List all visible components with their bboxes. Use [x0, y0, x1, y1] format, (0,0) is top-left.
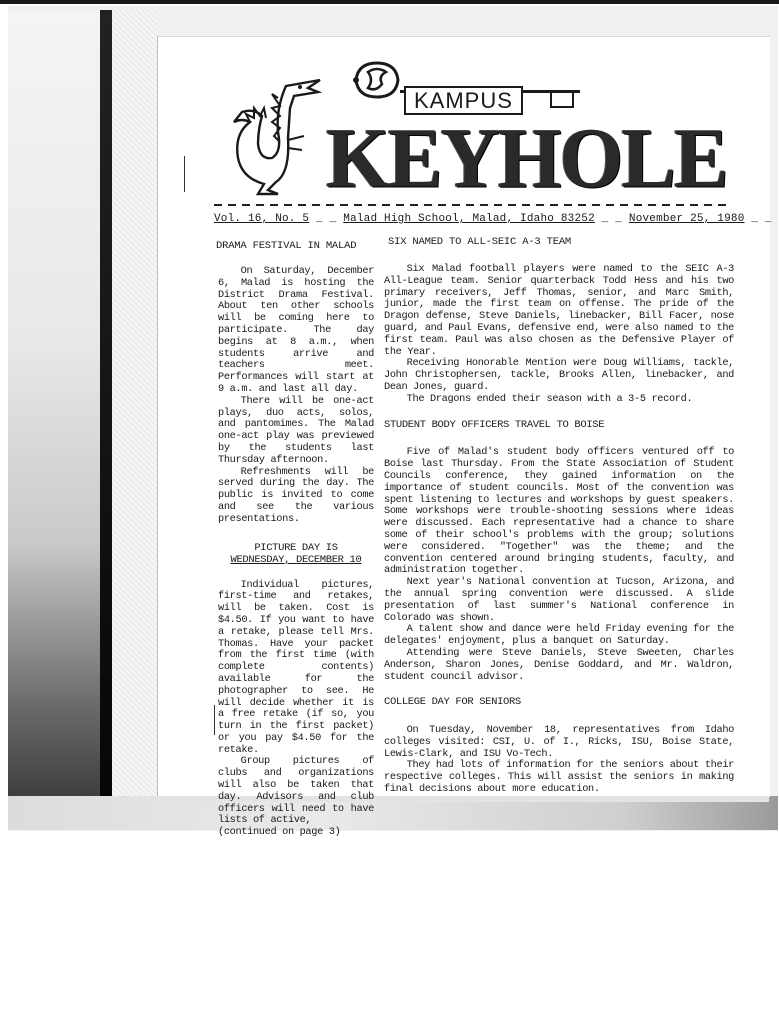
- margin-mark: [214, 705, 215, 735]
- article-paragraph: They had lots of information for the sen…: [384, 760, 734, 795]
- key-teeth: [550, 92, 574, 108]
- article-paragraph: On Tuesday, November 18, representatives…: [384, 725, 734, 760]
- article-paragraph: Six Malad football players were named to…: [384, 264, 734, 358]
- continued-note: (continued on page 3): [218, 827, 374, 839]
- column-right: Six Malad football players were named to…: [384, 264, 734, 796]
- article-paragraph: On Saturday, December 6, Malad is hostin…: [218, 266, 374, 396]
- headline-line: WEDNESDAY, DECEMBER 10: [218, 554, 374, 566]
- article-paragraph: A talent show and dance were held Friday…: [384, 624, 734, 648]
- article-paragraph: Individual pictures, first-time and reta…: [218, 580, 374, 757]
- scan-top-edge: [0, 0, 779, 4]
- masthead: KAMPUS KEYHOLE: [228, 56, 620, 196]
- headline-drama-festival: DRAMA FESTIVAL IN MALAD: [216, 240, 356, 252]
- issue-date: November 25, 1980: [629, 213, 745, 225]
- headline-student-body: STUDENT BODY OFFICERS TRAVEL TO BOISE: [384, 420, 734, 432]
- dragon-icon: [228, 78, 328, 196]
- margin-mark: [184, 156, 185, 192]
- scan-left-shadow: [8, 10, 103, 830]
- school-name: Malad High School, Malad, Idaho 83252: [343, 213, 595, 225]
- article-paragraph: Attending were Steve Daniels, Steve Swee…: [384, 648, 734, 683]
- folio-line: Vol. 16, No. 5 _ _ Malad High School, Ma…: [214, 213, 734, 225]
- scan-binding-line: [100, 10, 112, 830]
- headline-college-day: COLLEGE DAY FOR SENIORS: [384, 697, 734, 709]
- article-paragraph: Receiving Honorable Mention were Doug Wi…: [384, 358, 734, 393]
- article-paragraph: Group pictures of clubs and organization…: [218, 756, 374, 827]
- column-left: On Saturday, December 6, Malad is hostin…: [218, 266, 374, 839]
- article-paragraph: Refreshments will be served during the d…: [218, 467, 374, 526]
- headline-all-seic: SIX NAMED TO ALL-SEIC A-3 TEAM: [388, 236, 571, 248]
- folio-rule: [214, 204, 732, 206]
- article-paragraph: There will be one-act plays, duo acts, s…: [218, 396, 374, 467]
- headline-line: PICTURE DAY IS: [218, 542, 374, 554]
- article-paragraph: Five of Malad's student body officers ve…: [384, 447, 734, 577]
- headline-picture-day: PICTURE DAY IS WEDNESDAY, DECEMBER 10: [218, 542, 374, 566]
- scan-grain-panel: [112, 10, 157, 830]
- masthead-title: KEYHOLE: [326, 116, 727, 200]
- key-icon: [348, 60, 406, 100]
- volume-number: Vol. 16, No. 5: [214, 213, 309, 225]
- article-paragraph: The Dragons ended their season with a 3-…: [384, 394, 734, 406]
- article-paragraph: Next year's National convention at Tucso…: [384, 577, 734, 624]
